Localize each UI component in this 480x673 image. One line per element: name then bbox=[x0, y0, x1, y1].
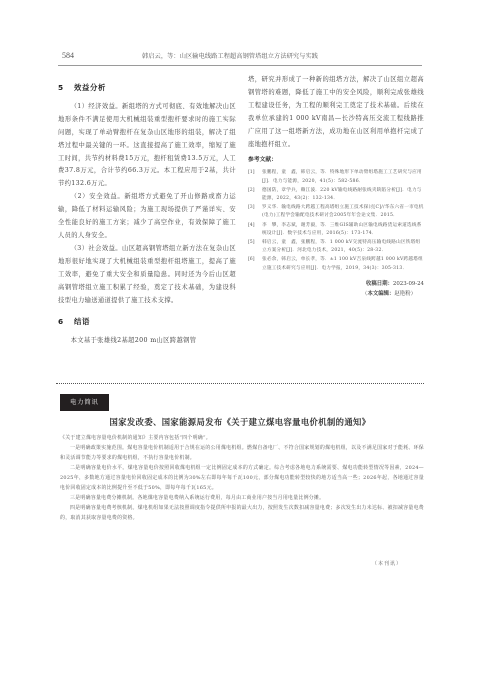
reference-item: [5]韩启云，童 鑫，张鹏程，等．1 000 kV交流特高压输电线路山区铁塔组立… bbox=[248, 239, 424, 255]
reference-item: [6]张必余，韩启云，单长孝，等．±1 100 kV吉泉线跨越1 000 kV跨… bbox=[248, 256, 424, 272]
header-divider bbox=[58, 65, 422, 66]
page-number: 584 bbox=[62, 51, 74, 60]
editor-credit: （本文编辑：赵艳粉） bbox=[248, 289, 424, 299]
paragraph-economic-benefit: （1）经济效益。新组塔的方式可彻底、有效地解决山区地形条件不满足使用大机械组装重… bbox=[58, 101, 236, 191]
news-lead: 《关于建立煤电容量电价机制的通知》主要内容包括“四个明确”。 bbox=[60, 433, 424, 443]
running-title: 韩启云，等：山区输电线路工程超高钢管塔组立方法研究与实践 bbox=[142, 51, 318, 60]
news-source: （本刊讯） bbox=[372, 560, 402, 567]
left-column: 5效益分析 （1）经济效益。新组塔的方式可彻底、有效地解决山区地形条件不满足使用… bbox=[58, 74, 236, 348]
news-badge: 电力简讯 bbox=[60, 394, 109, 411]
right-column: 塔，研究并形成了一种新的组塔方法，解决了山区组立超高钢管塔的难题，降低了施工中的… bbox=[248, 74, 424, 299]
news-paragraph: 四是明确容量电费考核机制。煤电机组如果无法按照调度指令提供所申报的最大出力，按照… bbox=[60, 503, 424, 523]
section-divider-dotted bbox=[56, 383, 424, 384]
page-header: 584 韩启云，等：山区输电线路工程超高钢管塔组立方法研究与实践 bbox=[62, 51, 422, 65]
news-body: 《关于建立煤电容量电价机制的通知》主要内容包括“四个明确”。 一是明确政策实施范… bbox=[60, 433, 424, 523]
reference-item: [4]李 攀，李志斌，谢芳毅，等．三维GIS辅助山区输电线路货运索道选线系统设计… bbox=[248, 222, 424, 238]
references-heading: 参考文献： bbox=[248, 154, 424, 167]
news-paragraph: 二是明确容量电价水平。煤电容量电价按照回收煤电机组一定比例固定成本的方式确定。综… bbox=[60, 463, 424, 493]
paragraph-safety-benefit: （2）安全效益。新组塔方式避免了开山修路或畜力运输，降低了材料运输风险；为施工现… bbox=[58, 191, 236, 243]
reference-list: [1]张鹏程，童 鑫，韩启云，等．特殊地形下单动臂组塔施工工艺研究与应用[J]．… bbox=[248, 169, 424, 272]
section-heading-benefit-analysis: 5效益分析 bbox=[58, 82, 236, 95]
received-date: 收稿日期：2023-09-24 bbox=[248, 279, 424, 289]
news-paragraph: 三是明确容量电费分摊机制。各地煤电容量电费纳入系统运行费用，每月由工商业用户按当… bbox=[60, 493, 424, 503]
paragraph-conclusion-start: 本文基于张雄线2基超200 m山区跨越钢管 bbox=[58, 335, 236, 348]
reference-item: [2]德国防，章学兵，赖江波．220 kV输电线路耐张线夹缺陷分析[J]．电力与… bbox=[248, 187, 424, 203]
reference-item: [1]张鹏程，童 鑫，韩启云，等．特殊地形下单动臂组塔施工工艺研究与应用[J]．… bbox=[248, 169, 424, 185]
news-title: 国家发改委、国家能源局发布《关于建立煤电容量电价机制的通知》 bbox=[40, 416, 440, 428]
paragraph-conclusion-continued: 塔，研究并形成了一种新的组塔方法，解决了山区组立超高钢管塔的难题，降低了施工中的… bbox=[248, 74, 424, 151]
paragraph-social-benefit: （3）社会效益。山区超高钢管塔组立新方法在复杂山区地形很好地实现了大机械组装重型… bbox=[58, 243, 236, 308]
news-paragraph: 一是明确政策实施范围。煤电容量电价机制适用于合规在运的公用煤电机组。燃煤自备电厂… bbox=[60, 443, 424, 463]
section-heading-conclusion: 6结语 bbox=[58, 316, 236, 329]
reference-item: [3]罗义华．输电线路大跨越工程高塔组立施工技术探讨[C]//华东六省一市电机(… bbox=[248, 204, 424, 220]
